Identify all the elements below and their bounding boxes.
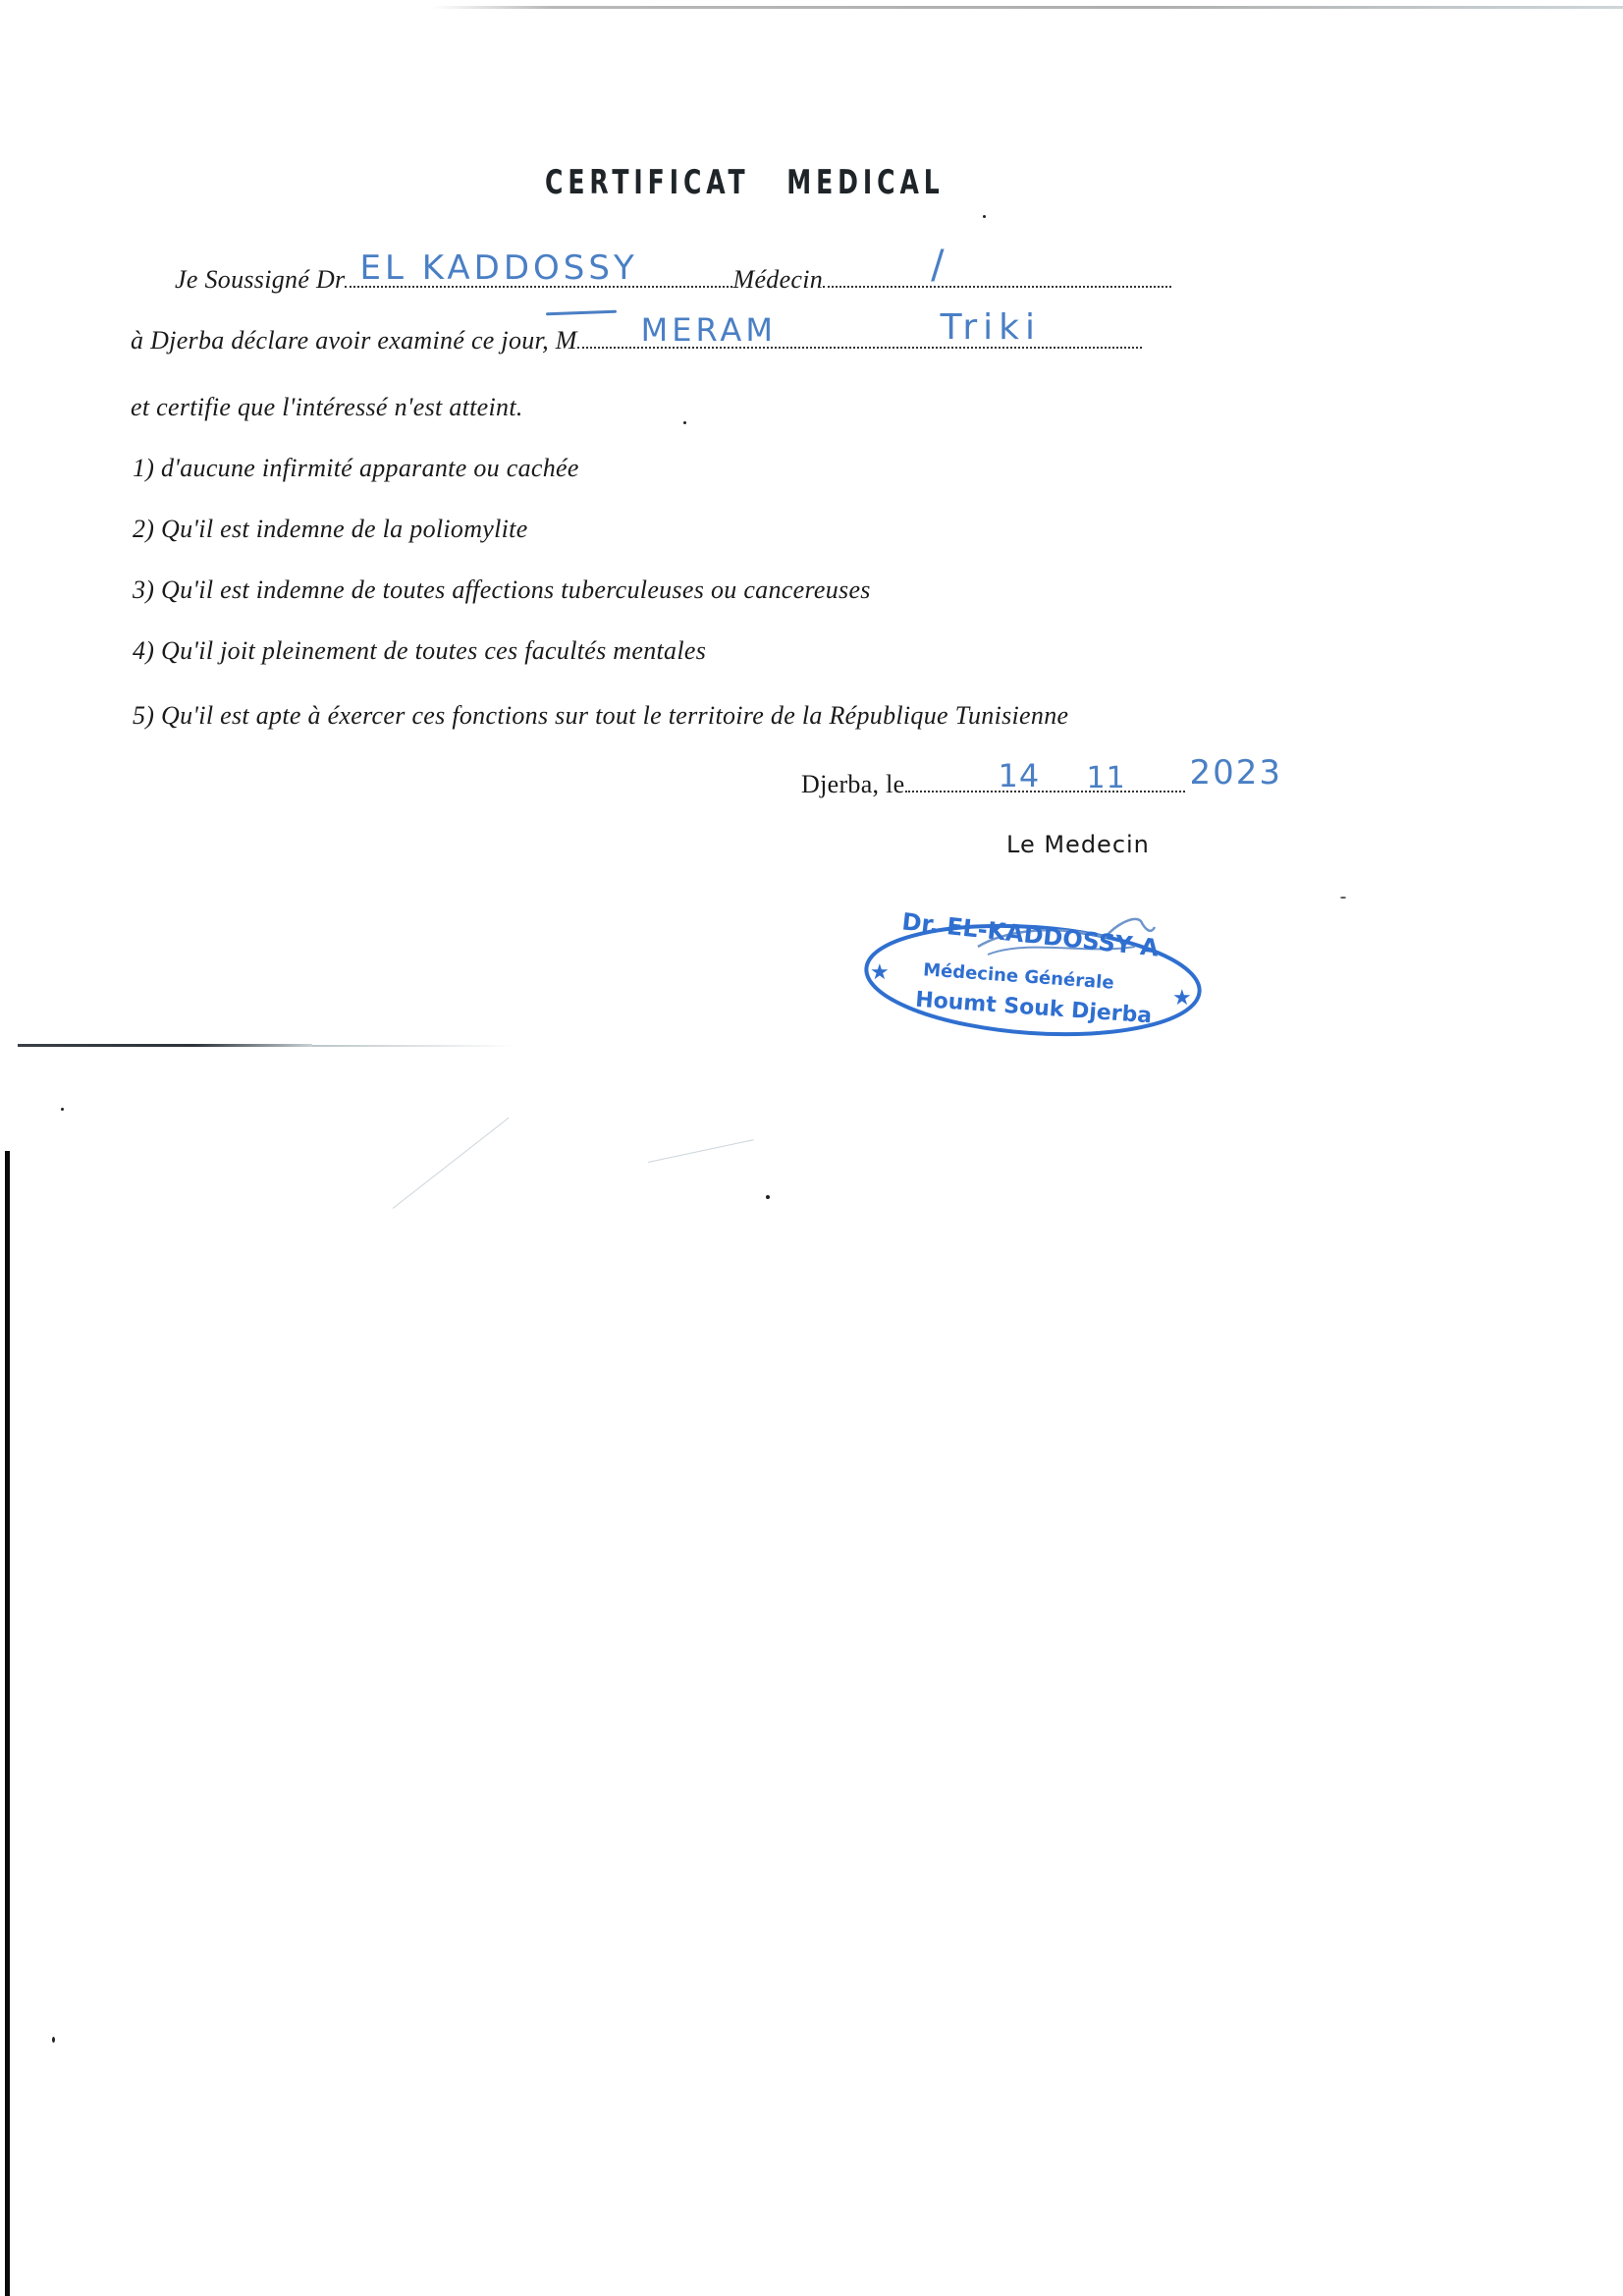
scan-artifact-fold-line <box>18 1044 312 1047</box>
specialty-handwritten: / <box>931 243 947 288</box>
scan-artifact-top-line <box>432 6 1623 9</box>
patient-name-field: MERAMTriki <box>577 343 1142 349</box>
clause-5: 5) Qu'il est apte à éxercer ces fonction… <box>133 701 1068 731</box>
date-month-handwritten: 11 <box>1087 761 1126 795</box>
handwritten-underline <box>546 310 617 316</box>
star-icon: ★ <box>1172 986 1192 1011</box>
signature-label: Le Medecin <box>1006 831 1150 858</box>
scan-speck <box>683 421 686 424</box>
scan-speck <box>52 2037 55 2043</box>
scan-artifact-crease <box>393 1118 510 1209</box>
medecin-label: Médecin <box>732 265 823 294</box>
date-day-handwritten: 14 <box>999 757 1041 794</box>
star-icon: ★ <box>870 960 890 985</box>
scan-speck <box>61 1108 64 1111</box>
doctor-prefix-label: Je Soussigné Dr <box>175 265 345 294</box>
doctor-stamp: Dr. EL-KADDOSSY A Médecine Générale Houm… <box>860 915 1206 1041</box>
patient-examination-line: à Djerba déclare avoir examiné ce jour, … <box>131 326 1142 355</box>
clause-2: 2) Qu'il est indemne de la poliomylite <box>133 515 528 544</box>
date-field: 14112023 <box>905 787 1185 793</box>
specialty-field: / <box>823 282 1171 288</box>
title-certificat: CERTIFICAT <box>545 163 749 202</box>
clause-4: 4) Qu'il joit pleinement de toutes ces f… <box>133 636 706 666</box>
patient-last-name-handwritten: Triki <box>941 307 1041 348</box>
title-medical: MEDICAL <box>786 163 945 202</box>
scan-artifact-left-edge <box>5 1151 10 2296</box>
doctor-declaration-line: Je Soussigné DrEL KADDOSSYMédecin/ <box>175 265 1171 295</box>
examination-prefix-label: à Djerba déclare avoir examiné ce jour, … <box>131 326 577 355</box>
scan-artifact-crease <box>648 1139 754 1163</box>
clause-1: 1) d'aucune infirmité apparante ou caché… <box>133 454 579 483</box>
doctor-name-handwritten: EL KADDOSSY <box>359 248 637 288</box>
document-title: CERTIFICATMEDICAL <box>545 163 945 202</box>
patient-first-name-handwritten: MERAM <box>641 311 777 349</box>
scan-speck <box>983 215 986 218</box>
place-date-label: Djerba, le <box>801 770 905 798</box>
certification-intro: et certifie que l'intéressé n'est attein… <box>131 393 523 422</box>
date-year-handwritten: 2023 <box>1190 753 1283 793</box>
scan-speck <box>1340 897 1346 899</box>
scan-speck <box>766 1195 770 1199</box>
clause-3: 3) Qu'il est indemne de toutes affection… <box>133 575 871 605</box>
date-line: Djerba, le14112023 <box>801 770 1185 799</box>
scan-artifact-fold-line-fade <box>312 1045 518 1047</box>
doctor-name-field: EL KADDOSSY <box>345 282 732 288</box>
